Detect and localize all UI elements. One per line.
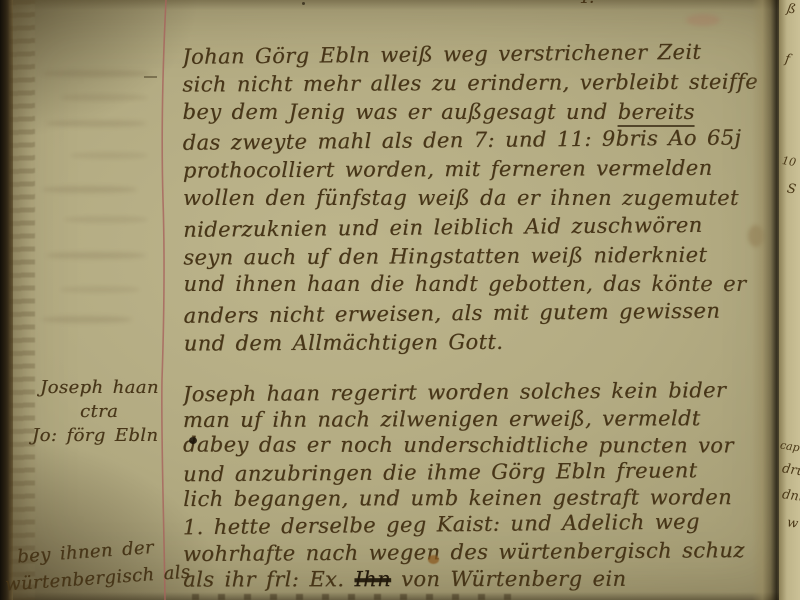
next-page-text-fragment: 10 [781,154,797,169]
edge-shadow [0,0,800,10]
ink-showthrough [60,286,140,293]
margin-note-line: Jo: förg Ebln [32,424,159,448]
manuscript-line: seyn auch uf den Hingstatten weiß niderk… [183,240,767,272]
cut-off-line-tops [192,594,522,600]
manuscript-line: das zweyte mahl als den 7: und 11: 9bris… [183,124,767,158]
next-page-edge: ß f 10 S cap drü dnu w [779,0,800,600]
next-page-text-fragment: cap [779,439,800,455]
manuscript-line: und anzubringen die ihme Görg Ebln freue… [183,456,767,487]
ink-showthrough [42,186,137,193]
ink-showthrough [60,94,148,101]
manuscript-paragraph-2: Joseph haan regerirt worden solches kein… [183,378,767,513]
manuscript-page-photo: 4: Johan Görg Ebln weiß weg verstrichene… [0,0,800,600]
manuscript-line: und ihnen haan die handt gebotten, das k… [183,270,767,299]
brown-stain [428,555,439,564]
manuscript-paragraph-3: 1. hette derselbe geg Kaist: und Adelich… [183,509,768,596]
manuscript-line: prothocolliert worden, mit ferneren verm… [183,154,767,186]
manuscript-line: dabey das er noch underschidtliche punct… [183,432,767,460]
margin-note-case-heading: Joseph haan ctra Jo: förg Ebln [32,376,159,448]
cut-off-header-fragment: 4: [578,0,595,8]
manuscript-line: Johan Görg Ebln weiß weg verstrichener Z… [182,38,766,71]
ink-showthrough [42,70,150,77]
crossed-out-word: Ihn [354,567,391,591]
red-smudge [686,14,720,26]
next-page-text-fragment: dnu [781,487,800,506]
next-page-text-fragment: ß [786,1,797,17]
next-page-text-fragment: drü [781,461,800,479]
ink-showthrough [42,316,132,323]
manuscript-line: sich nicht mehr alles zu erindern, verbl… [182,67,766,99]
manuscript-line: als ihr frl: Ex. Ihn von Würtenberg ein [183,566,767,595]
manuscript-line: wohrhafte nach wegen des würtenbergisch … [183,537,767,569]
margin-note-line: Joseph haan [32,376,159,400]
next-page-text-fragment: S [786,181,797,197]
ink-showthrough [64,216,148,223]
ink-blot [189,437,197,444]
manuscript-line: anders nicht erweisen, als mit gutem gew… [183,296,767,330]
next-page-text-fragment: f [784,52,791,68]
ink-showthrough [46,252,146,259]
manuscript-line: und dem Allmächtigen Gott. [184,326,768,358]
ink-showthrough [70,152,148,159]
manuscript-line: niderzuknien und ein leiblich Aid zuschw… [183,210,767,244]
manuscript-paragraph-1: Johan Görg Ebln weiß weg verstrichener Z… [182,38,768,358]
ink-speck [302,2,305,5]
manuscript-line: Joseph haan regerirt worden solches kein… [183,378,767,408]
page-fold-shadow [752,0,782,600]
red-margin-rule-line [155,0,171,600]
underlined-word: bereits [618,100,695,127]
margin-note-line: ctra [32,400,159,424]
manuscript-line: bey dem Jenig was er außgesagt und berei… [183,98,767,127]
next-page-text-fragment: w [786,515,799,532]
manuscript-line: wollen den fünfstag weiß da er ihnen zug… [183,184,767,213]
ink-showthrough [46,120,146,127]
manuscript-line: man uf ihn nach zilwenigen erweiß, verme… [183,405,767,434]
paper-edge-texture [9,0,35,600]
